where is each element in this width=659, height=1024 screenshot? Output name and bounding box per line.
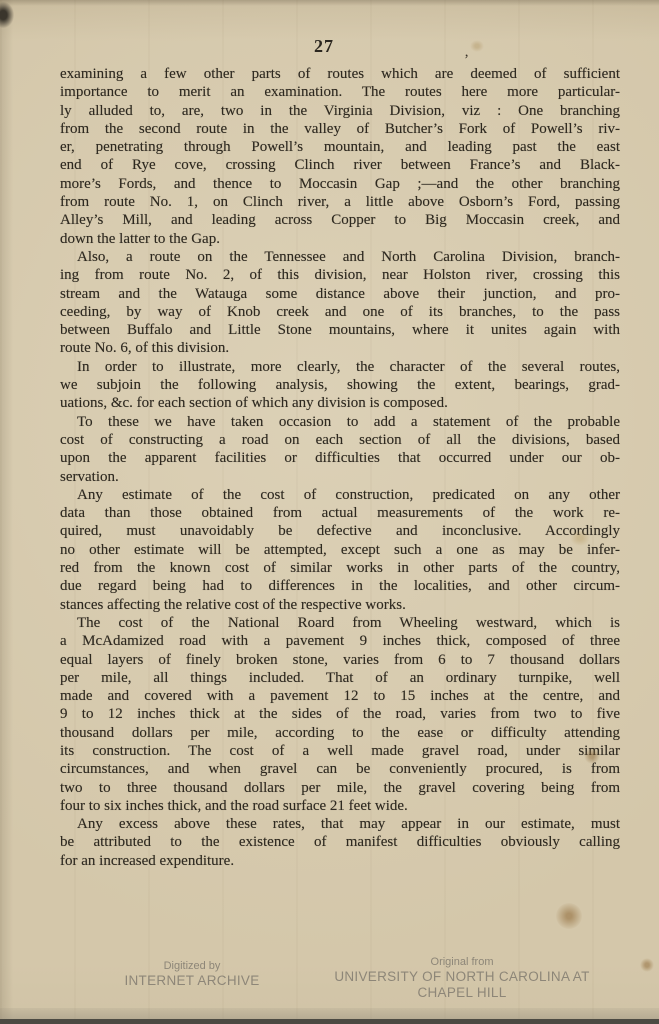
- original-from-attribution: Original from UNIVERSITY OF NORTH CAROLI…: [330, 956, 594, 1001]
- text-line: more’s Fords, and thence to Moccasin Gap…: [60, 175, 620, 193]
- paragraph: In order to illustrate, more clearly, th…: [60, 358, 620, 413]
- text-line: for an increased expenditure.: [60, 852, 620, 870]
- text-line: due regard being had to differences in t…: [60, 577, 620, 595]
- text-line: examining a few other parts of routes wh…: [60, 65, 620, 83]
- text-line: Any excess above these rates, that may a…: [60, 815, 620, 833]
- paragraph: To these we have taken occasion to add a…: [60, 413, 620, 486]
- university-name-line1: UNIVERSITY OF NORTH CAROLINA AT: [330, 969, 594, 985]
- text-line: data than those obtained from actual mea…: [60, 504, 620, 522]
- text-line: route No. 6, of this division.: [60, 339, 620, 357]
- text-line: from the second route in the valley of B…: [60, 120, 620, 138]
- text-line: In order to illustrate, more clearly, th…: [60, 358, 620, 376]
- text-line: red from the known cost of similar works…: [60, 559, 620, 577]
- text-line: uations, &c. for each section of which a…: [60, 394, 620, 412]
- text-line: equal layers of finely broken stone, var…: [60, 651, 620, 669]
- text-line: thousand dollars per mile, according to …: [60, 724, 620, 742]
- text-line: down the latter to the Gap.: [60, 230, 620, 248]
- text-line: upon the apparent facilities or difficul…: [60, 449, 620, 467]
- text-line: stances affecting the relative cost of t…: [60, 596, 620, 614]
- text-line: er, penetrating through Powell’s mountai…: [60, 138, 620, 156]
- text-line: no other estimate will be attempted, exc…: [60, 541, 620, 559]
- paragraph: examining a few other parts of routes wh…: [60, 65, 620, 248]
- text-line: To these we have taken occasion to add a…: [60, 413, 620, 431]
- text-line: importance to merit an examination. The …: [60, 83, 620, 101]
- original-from-label: Original from: [330, 956, 594, 969]
- page-text: examining a few other parts of routes wh…: [60, 65, 620, 870]
- paper-stain: [556, 903, 582, 929]
- university-name-line2: CHAPEL HILL: [330, 985, 594, 1001]
- text-line: cost of constructing a road on each sect…: [60, 431, 620, 449]
- text-line: between Buffalo and Little Stone mountai…: [60, 321, 620, 339]
- text-line: a McAdamized road with a pavement 9 inch…: [60, 632, 620, 650]
- paper-stain: [640, 958, 654, 972]
- scan-top-edge: [0, 0, 659, 6]
- scanned-page: 27 ’ examining a few other parts of rout…: [0, 0, 659, 1024]
- text-line: four to six inches thick, and the road s…: [60, 797, 620, 815]
- text-line: 9 to 12 inches thick at the sides of the…: [60, 705, 620, 723]
- text-line: two to three thousand dollars per mile, …: [60, 779, 620, 797]
- internet-archive-name: INTERNET ARCHIVE: [102, 973, 282, 989]
- scan-bottom-edge: [0, 1019, 659, 1024]
- digitized-by-attribution: Digitized by INTERNET ARCHIVE: [102, 960, 282, 989]
- text-line: from route No. 1, on Clinch river, a lit…: [60, 193, 620, 211]
- text-line: servation.: [60, 468, 620, 486]
- text-line: made and covered with a pavement 12 to 1…: [60, 687, 620, 705]
- scan-corner-artifact: [0, 2, 14, 28]
- text-line: per mile, all things included. That of a…: [60, 669, 620, 687]
- text-line: Alley’s Mill, and leading across Copper …: [60, 211, 620, 229]
- text-line: end of Rye cove, crossing Clinch river b…: [60, 156, 620, 174]
- text-line: ceeding, by way of Knob creek and one of…: [60, 303, 620, 321]
- text-line: be attributed to the existence of manife…: [60, 833, 620, 851]
- digitized-by-label: Digitized by: [102, 960, 282, 973]
- text-line: its construction. The cost of a well mad…: [60, 742, 620, 760]
- text-line: quired, must unavoidably be defective an…: [60, 522, 620, 540]
- paragraph: Any estimate of the cost of construction…: [60, 486, 620, 614]
- text-line: The cost of the National Roard from Whee…: [60, 614, 620, 632]
- text-line: ing from route No. 2, of this division, …: [60, 266, 620, 284]
- text-line: circumstances, and when gravel can be co…: [60, 760, 620, 778]
- paragraph: Also, a route on the Tennessee and North…: [60, 248, 620, 358]
- paragraph: The cost of the National Roard from Whee…: [60, 614, 620, 815]
- text-line: ly alluded to, are, two in the Virginia …: [60, 102, 620, 120]
- text-line: Any estimate of the cost of construction…: [60, 486, 620, 504]
- text-line: we subjoin the following analysis, showi…: [60, 376, 620, 394]
- paragraph: Any excess above these rates, that may a…: [60, 815, 620, 870]
- text-line: Also, a route on the Tennessee and North…: [60, 248, 620, 266]
- page-number: 27: [0, 36, 648, 57]
- scan-bottom-shading: [0, 1008, 659, 1019]
- text-line: stream and the Watauga some distance abo…: [60, 285, 620, 303]
